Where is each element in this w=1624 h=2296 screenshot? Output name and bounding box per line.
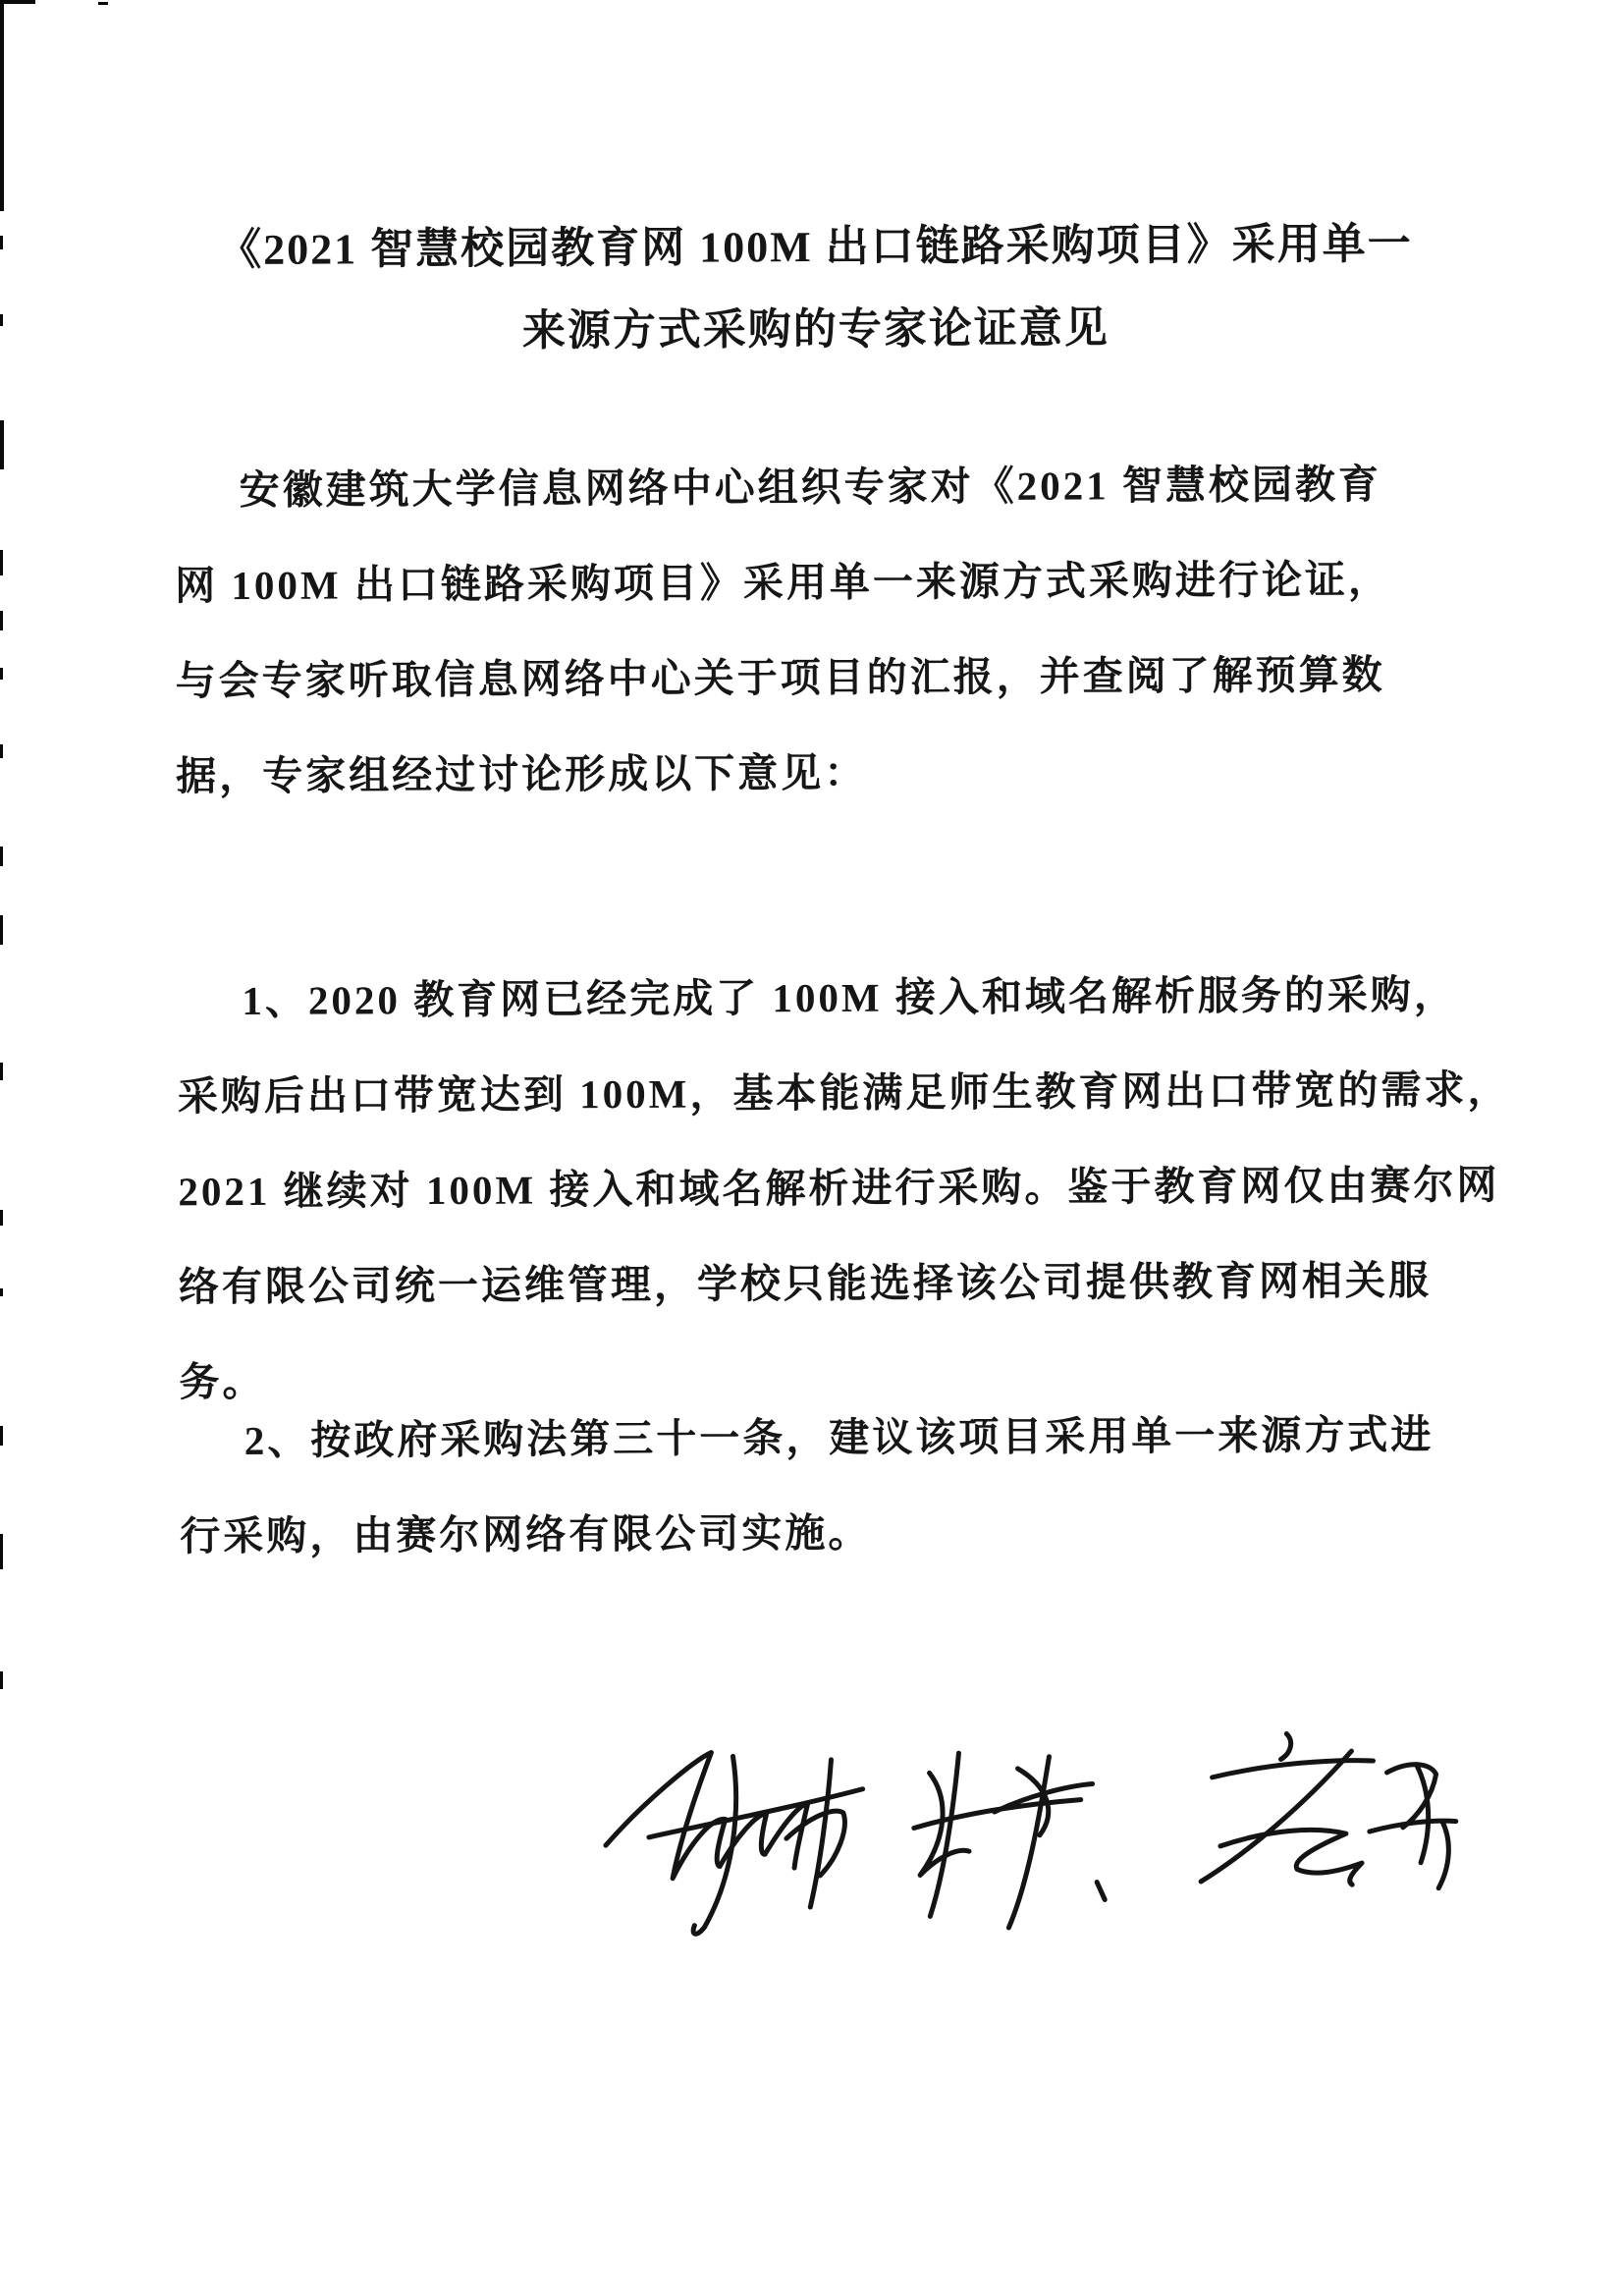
paragraph-line: 安徽建筑大学信息网络中心组织专家对《2021 智慧校园教育	[174, 437, 1462, 539]
scan-edge-artifact	[0, 236, 3, 249]
paragraph-line: 2、按政府采购法第三十一条，建议该项目采用单一来源方式进	[180, 1388, 1468, 1490]
paragraph-opinion-2: 2、按政府采购法第三十一条，建议该项目采用单一来源方式进 行采购，由赛尔网络有限…	[180, 1388, 1469, 1585]
document-title-line-2: 来源方式采购的专家论证意见	[174, 286, 1458, 375]
scan-edge-artifact	[0, 915, 3, 945]
scan-edge-artifact	[0, 314, 3, 326]
scan-edge-artifact	[0, 1534, 3, 1569]
document-title: 《2021 智慧校园教育网 100M 出口链路采购项目》采用单一 来源方式采购的…	[173, 203, 1458, 375]
signature-2	[913, 1752, 1105, 1928]
paragraph-line: 络有限公司统一运维管理，学校只能选择该公司提供教育网相关服	[179, 1233, 1467, 1336]
scan-edge-artifact	[0, 0, 35, 4]
scan-edge-artifact	[0, 1426, 3, 1446]
scan-edge-artifact	[0, 1063, 3, 1080]
paragraph-line: 与会专家听取信息网络中心关于项目的汇报，并查阅了解预算数	[175, 628, 1463, 730]
scan-edge-artifact	[0, 0, 4, 211]
scan-edge-artifact	[0, 550, 3, 575]
signature-1	[605, 1752, 863, 1935]
expert-signatures	[583, 1715, 1507, 1955]
scan-edge-artifact	[0, 847, 3, 866]
paragraph-line: 2021 继续对 100M 接入和域名解析进行采购。鉴于教育网仅由赛尔网	[178, 1138, 1466, 1240]
scan-edge-artifact	[0, 668, 3, 680]
paragraph-line: 行采购，由赛尔网络有限公司实施。	[180, 1483, 1468, 1585]
scan-edge-artifact	[0, 420, 4, 469]
paragraph-opinion-1: 1、2020 教育网已经完成了 100M 接入和域名解析服务的采购， 采购后出口…	[177, 948, 1468, 1431]
document-title-line-1: 《2021 智慧校园教育网 100M 出口链路采购项目》采用单一	[173, 203, 1457, 293]
scanned-document-page: 《2021 智慧校园教育网 100M 出口链路采购项目》采用单一 来源方式采购的…	[0, 0, 1624, 2296]
scan-edge-artifact	[0, 1671, 3, 1689]
document-content: 《2021 智慧校园教育网 100M 出口链路采购项目》采用单一 来源方式采购的…	[0, 0, 1624, 2296]
paragraph-line: 网 100M 出口链路采购项目》采用单一来源方式采购进行论证，	[175, 532, 1463, 634]
scan-edge-artifact	[98, 2, 108, 5]
paragraph-intro: 安徽建筑大学信息网络中心组织专家对《2021 智慧校园教育 网 100M 出口链…	[174, 437, 1464, 825]
scan-edge-artifact	[0, 1288, 3, 1296]
scan-edge-artifact	[0, 1210, 3, 1226]
scan-edge-artifact	[0, 744, 3, 758]
signature-3	[1200, 1733, 1456, 1889]
paragraph-line: 据，专家组经过讨论形成以下意见：	[176, 723, 1464, 825]
scan-edge-artifact	[0, 611, 3, 630]
paragraph-line: 采购后出口带宽达到 100M，基本能满足师生教育网出口带宽的需求，	[178, 1043, 1466, 1145]
paragraph-line: 1、2020 教育网已经完成了 100M 接入和域名解析服务的采购，	[177, 948, 1465, 1050]
handwritten-signatures-svg	[583, 1715, 1507, 1955]
